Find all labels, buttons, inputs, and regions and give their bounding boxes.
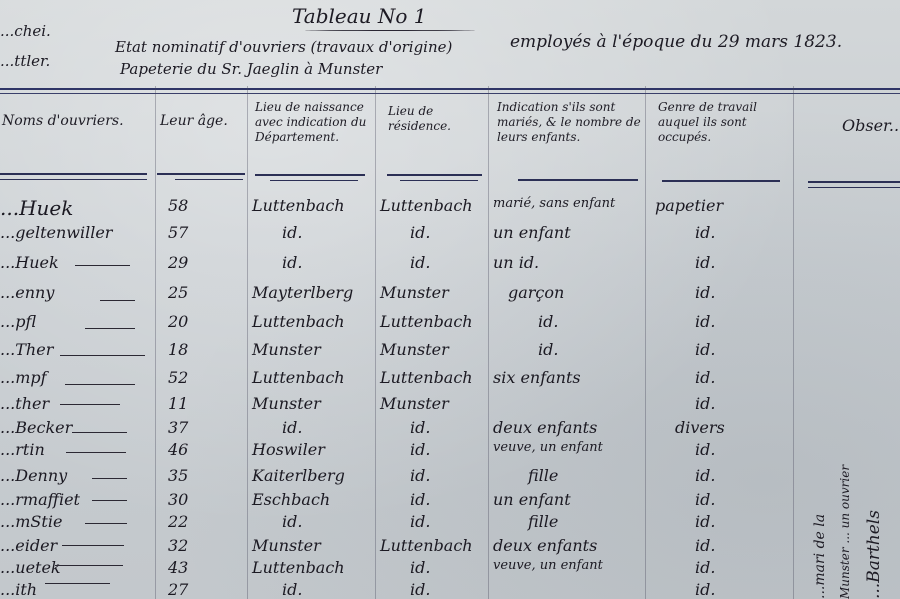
worker-family: fille xyxy=(493,466,678,485)
worker-family: un enfant xyxy=(493,490,643,509)
worker-name: ...Huek xyxy=(0,196,150,220)
worker-residence: id. xyxy=(380,580,525,599)
worker-family: un enfant xyxy=(493,223,643,242)
worker-birthplace: Luttenbach xyxy=(252,558,377,577)
worker-family: veuve, un enfant xyxy=(493,558,643,573)
worker-job: id. xyxy=(655,312,835,331)
table-row: ...ther 11 Munster Munster id. xyxy=(0,394,900,421)
worker-birthplace: Mayterlberg xyxy=(252,283,377,302)
table-row: ...Huek 58 Luttenbach Luttenbach marié, … xyxy=(0,196,900,223)
document-title: Tableau No 1 xyxy=(292,4,427,28)
worker-name: ...Huek xyxy=(0,253,150,272)
worker-job: id. xyxy=(655,440,835,459)
worker-age: 58 xyxy=(168,196,238,215)
worker-age: 37 xyxy=(168,418,238,437)
worker-residence: Luttenbach xyxy=(380,368,495,387)
worker-residence: Luttenbach xyxy=(380,196,495,215)
corner-fragment-bottom: ...ttler. xyxy=(0,52,50,70)
table-row: ...pfl 20 Luttenbach Luttenbach id. id. xyxy=(0,312,900,339)
worker-residence: Luttenbach xyxy=(380,536,495,555)
header-underline xyxy=(518,179,638,181)
heading-line-1-right: employés à l'époque du 29 mars 1823. xyxy=(510,32,842,52)
worker-age: 30 xyxy=(168,490,238,509)
worker-birthplace: Luttenbach xyxy=(252,368,377,387)
filler-dash xyxy=(66,452,126,453)
worker-job: id. xyxy=(655,466,835,485)
worker-name: ...rtin xyxy=(0,440,150,459)
column-header-family: Indication s'ils sont mariés, & le nombr… xyxy=(497,100,643,145)
column-header-residence: Lieu de résidence. xyxy=(388,104,478,134)
table-row: ...enny 25 Mayterlberg Munster garçon id… xyxy=(0,283,900,310)
header-underline xyxy=(662,180,780,182)
worker-age: 52 xyxy=(168,368,238,387)
worker-name: ...mStie xyxy=(0,512,150,531)
worker-name: ...Becker xyxy=(0,418,150,437)
table-row: ...ith 27 id. id. id. xyxy=(0,580,900,599)
table-row: ...Huek 29 id. id. un id. id. xyxy=(0,253,900,280)
worker-job: id. xyxy=(655,512,835,531)
header-underline xyxy=(255,174,365,176)
worker-job: papetier xyxy=(655,196,795,215)
header-underline xyxy=(0,179,147,180)
worker-birthplace: Eschbach xyxy=(252,490,377,509)
filler-dash xyxy=(55,565,123,566)
worker-job: id. xyxy=(655,223,835,242)
worker-family: six enfants xyxy=(493,368,643,387)
table-row: ...rtin 46 Hoswiler id. veuve, un enfant… xyxy=(0,440,900,467)
worker-name: ...geltenwiller xyxy=(0,223,150,242)
worker-age: 25 xyxy=(168,283,238,302)
worker-family: deux enfants xyxy=(493,536,643,555)
worker-birthplace: Munster xyxy=(252,340,377,359)
margin-note: ...Barthels xyxy=(864,510,884,599)
column-header-birthplace: Lieu de naissance avec indication du Dép… xyxy=(255,100,373,145)
worker-job: id. xyxy=(655,536,835,555)
worker-family: fille xyxy=(493,512,678,531)
column-header-name: Noms d'ouvriers. xyxy=(2,114,152,129)
worker-family: deux enfants xyxy=(493,418,643,437)
filler-dash xyxy=(60,404,120,405)
table-row: ...geltenwiller 57 id. id. un enfant id. xyxy=(0,223,900,250)
worker-age: 43 xyxy=(168,558,238,577)
worker-age: 11 xyxy=(168,394,238,413)
filler-dash xyxy=(85,328,135,329)
filler-dash xyxy=(72,432,127,433)
header-underline xyxy=(175,179,243,180)
worker-age: 27 xyxy=(168,580,238,599)
table-row: ...mStie 22 id. id. fille id. xyxy=(0,512,900,539)
title-underline xyxy=(305,30,475,32)
column-header-observations: Obser... xyxy=(842,118,900,133)
heading-line-2: Papeterie du Sr. Jaeglin à Munster xyxy=(120,60,382,78)
filler-dash xyxy=(75,265,130,266)
worker-age: 35 xyxy=(168,466,238,485)
worker-age: 32 xyxy=(168,536,238,555)
worker-age: 20 xyxy=(168,312,238,331)
header-underline xyxy=(157,173,245,175)
column-header-work: Genre de travail auquel ils sont occupés… xyxy=(658,100,791,145)
header-underline xyxy=(808,181,900,183)
margin-note: ...mari de la xyxy=(812,514,828,599)
worker-residence: Munster xyxy=(380,394,495,413)
filler-dash xyxy=(85,523,127,524)
header-rule xyxy=(0,88,900,90)
worker-family: garçon xyxy=(493,283,658,302)
filler-dash xyxy=(92,500,127,501)
worker-name: ...Ther xyxy=(0,340,150,359)
worker-family: veuve, un enfant xyxy=(493,440,643,455)
worker-residence: Luttenbach xyxy=(380,312,495,331)
worker-job: id. xyxy=(655,580,835,599)
column-header-age: Leur âge. xyxy=(160,114,245,129)
header-underline xyxy=(808,187,900,188)
worker-job: id. xyxy=(655,253,835,272)
document-page: ...chei. ...ttler. Tableau No 1 Etat nom… xyxy=(0,0,900,599)
worker-name: ...rmaffiet xyxy=(0,490,150,509)
filler-dash xyxy=(45,583,110,584)
worker-birthplace: Munster xyxy=(252,536,377,555)
worker-birthplace: Munster xyxy=(252,394,377,413)
table-row: ...Ther 18 Munster Munster id. id. xyxy=(0,340,900,367)
heading-line-1: Etat nominatif d'ouvriers (travaux d'ori… xyxy=(115,38,452,56)
worker-job: id. xyxy=(655,490,835,509)
worker-age: 29 xyxy=(168,253,238,272)
filler-dash xyxy=(100,300,135,301)
header-underline xyxy=(400,180,478,181)
worker-age: 46 xyxy=(168,440,238,459)
worker-birthplace: Luttenbach xyxy=(252,196,377,215)
worker-family: un id. xyxy=(493,253,643,272)
header-underline xyxy=(270,180,358,181)
worker-family: marié, sans enfant xyxy=(493,196,643,211)
worker-residence: Munster xyxy=(380,283,495,302)
worker-job: id. xyxy=(655,558,835,577)
worker-birthplace: Hoswiler xyxy=(252,440,377,459)
worker-job: id. xyxy=(655,394,835,413)
worker-residence: Munster xyxy=(380,340,495,359)
worker-name: ...uetek xyxy=(0,558,150,577)
corner-fragment-top: ...chei. xyxy=(0,22,51,40)
filler-dash xyxy=(65,384,135,385)
header-rule-thin xyxy=(0,93,900,94)
filler-dash xyxy=(92,478,127,479)
filler-dash xyxy=(60,355,145,356)
worker-job: id. xyxy=(655,368,835,387)
worker-job: divers xyxy=(655,418,815,437)
worker-name: ...Denny xyxy=(0,466,150,485)
table-row: ...mpf 52 Luttenbach Luttenbach six enfa… xyxy=(0,368,900,395)
worker-job: id. xyxy=(655,340,835,359)
header-underline xyxy=(0,173,147,175)
margin-note: Munster ... un ouvrier xyxy=(838,465,852,599)
worker-birthplace: Kaiterlberg xyxy=(252,466,377,485)
worker-job: id. xyxy=(655,283,835,302)
worker-age: 57 xyxy=(168,223,238,242)
worker-age: 18 xyxy=(168,340,238,359)
worker-birthplace: Luttenbach xyxy=(252,312,377,331)
table-row: ...Denny 35 Kaiterlberg id. fille id. xyxy=(0,466,900,493)
worker-age: 22 xyxy=(168,512,238,531)
filler-dash xyxy=(62,545,124,546)
header-underline xyxy=(387,174,482,176)
